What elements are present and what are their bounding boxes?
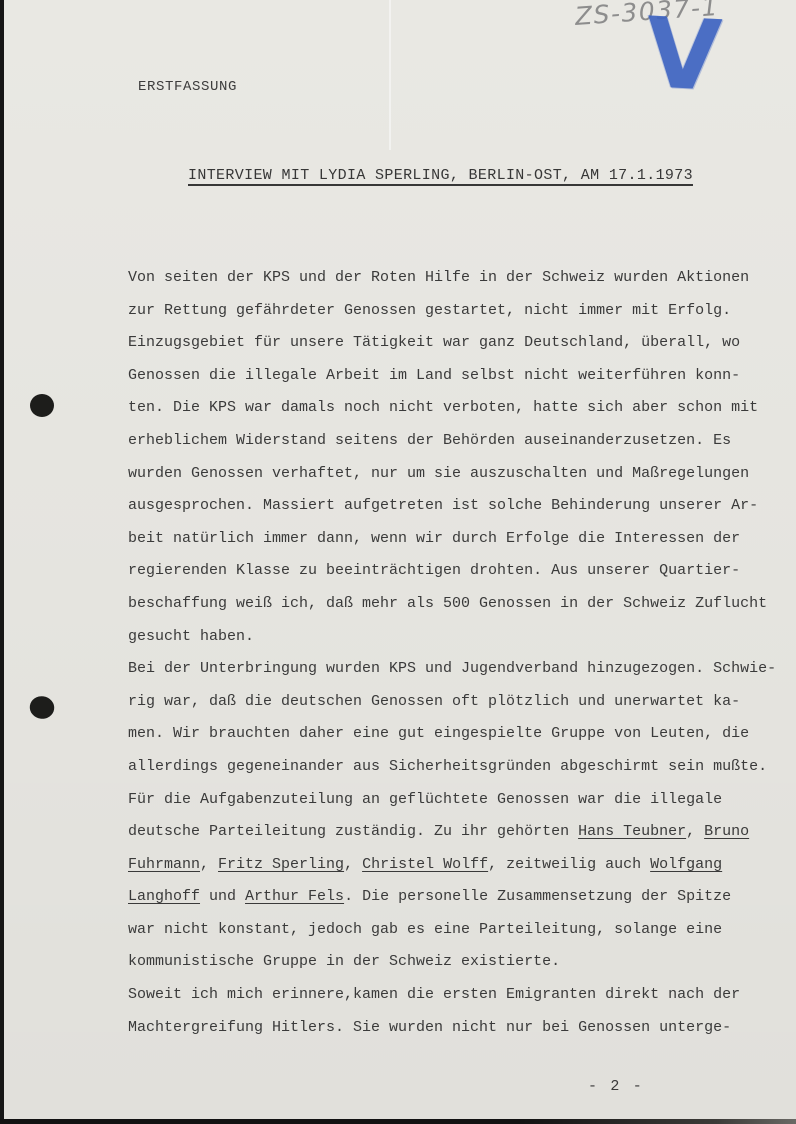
text-line: men. Wir brauchten daher eine gut einges…: [128, 718, 776, 751]
text-line: Einzugsgebiet für unsere Tätigkeit war g…: [128, 327, 776, 360]
text-line: Von seiten der KPS und der Roten Hilfe i…: [128, 262, 776, 295]
text-line: Soweit ich mich erinnere,kamen die erste…: [128, 979, 776, 1012]
scan-edge-left: [0, 0, 4, 1124]
document-body: Von seiten der KPS und der Roten Hilfe i…: [128, 262, 776, 1044]
text-line: beschaffung weiß ich, daß mehr als 500 G…: [128, 588, 776, 621]
scan-edge-bottom: [0, 1119, 796, 1124]
text-line: Langhoff und Arthur Fels. Die personelle…: [128, 881, 776, 914]
text-line: allerdings gegeneinander aus Sicherheits…: [128, 751, 776, 784]
text-line: Genossen die illegale Arbeit im Land sel…: [128, 360, 776, 393]
text-line: Fuhrmann, Fritz Sperling, Christel Wolff…: [128, 849, 776, 882]
text-line: rig war, daß die deutschen Genossen oft …: [128, 686, 776, 719]
text-line: Für die Aufgabenzuteilung an geflüchtete…: [128, 784, 776, 817]
text-line: Bei der Unterbringung wurden KPS und Jug…: [128, 653, 776, 686]
text-line: erheblichem Widerstand seitens der Behör…: [128, 425, 776, 458]
paper-fold: [389, 0, 391, 150]
draft-label: ERSTFASSUNG: [138, 79, 237, 95]
hole-punch-bottom: [28, 695, 55, 721]
text-line: regierenden Klasse zu beeinträchtigen dr…: [128, 555, 776, 588]
page-number: - 2 -: [588, 1078, 644, 1095]
text-line: deutsche Parteileitung zuständig. Zu ihr…: [128, 816, 776, 849]
text-line: wurden Genossen verhaftet, nur um sie au…: [128, 458, 776, 491]
text-line: kommunistische Gruppe in der Schweiz exi…: [128, 946, 776, 979]
text-line: gesucht haben.: [128, 621, 776, 654]
document-page: ZS-3037-1 V ERSTFASSUNG INTERVIEW MIT LY…: [0, 0, 796, 1124]
text-line: ten. Die KPS war damals noch nicht verbo…: [128, 392, 776, 425]
text-line: ausgesprochen. Massiert aufgetreten ist …: [128, 490, 776, 523]
hole-punch-top: [30, 394, 54, 417]
text-line: zur Rettung gefährdeter Genossen gestart…: [128, 295, 776, 328]
text-line: Machtergreifung Hitlers. Sie wurden nich…: [128, 1012, 776, 1045]
v-stamp: V: [644, 4, 724, 105]
text-line: beit natürlich immer dann, wenn wir durc…: [128, 523, 776, 556]
text-line: war nicht konstant, jedoch gab es eine P…: [128, 914, 776, 947]
document-title: INTERVIEW MIT LYDIA SPERLING, BERLIN-OST…: [188, 167, 693, 184]
